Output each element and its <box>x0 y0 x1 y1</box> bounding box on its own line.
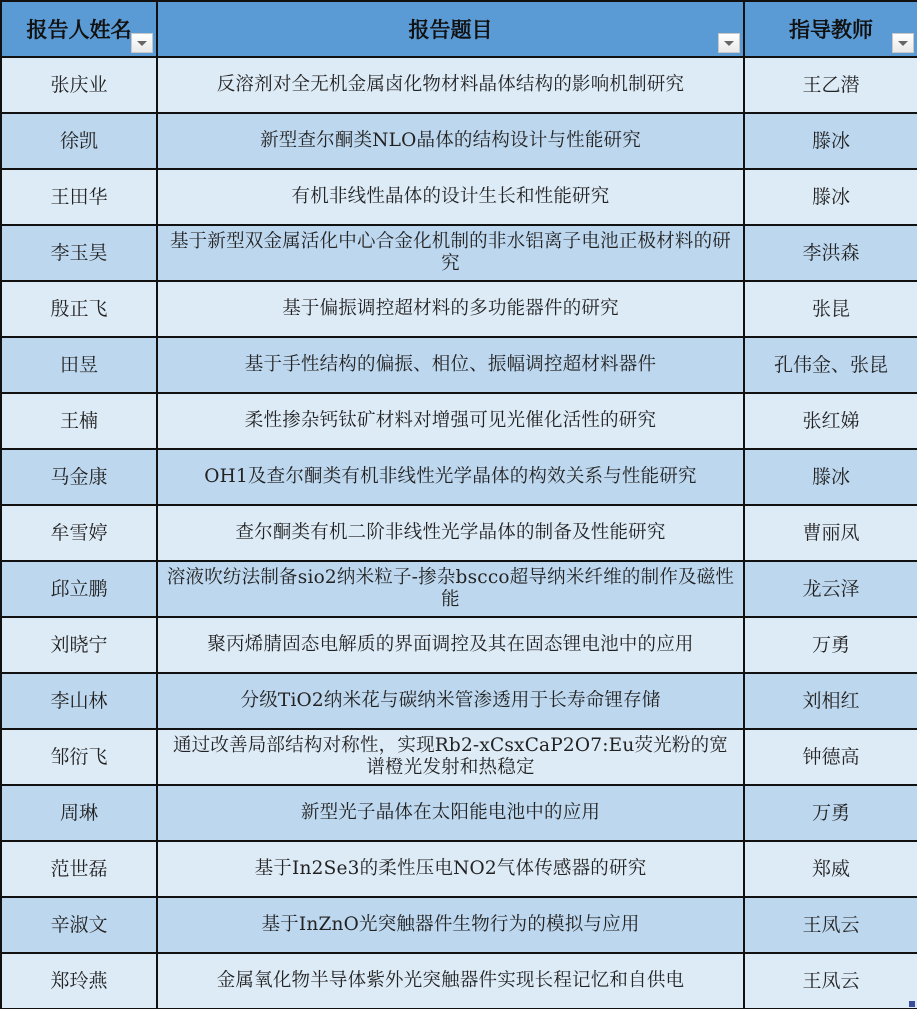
report-topic-cell[interactable]: 新型查尔酮类NLO晶体的结构设计与性能研究 <box>157 113 744 169</box>
advisor-cell[interactable]: 王乙潜 <box>744 57 917 113</box>
advisor-cell[interactable]: 龙云泽 <box>744 561 917 617</box>
reporter-name-cell[interactable]: 邱立鹏 <box>1 561 157 617</box>
chevron-down-icon <box>724 41 734 46</box>
advisor-cell[interactable]: 李洪森 <box>744 225 917 281</box>
table-row: 邱立鹏溶液吹纺法制备sio2纳米粒子-掺杂bscco超导纳米纤维的制作及磁性能龙… <box>1 561 917 617</box>
chevron-down-icon <box>898 41 908 46</box>
report-topic-cell[interactable]: OH1及查尔酮类有机非线性光学晶体的构效关系与性能研究 <box>157 449 744 505</box>
table-row: 田昱基于手性结构的偏振、相位、振幅调控超材料器件孔伟金、张昆 <box>1 337 917 393</box>
report-topic-cell[interactable]: 通过改善局部结构对称性，实现Rb2-xCsxCaP2O7:Eu荧光粉的宽谱橙光发… <box>157 729 744 785</box>
advisor-cell[interactable]: 刘相红 <box>744 673 917 729</box>
header-report-topic: 报告题目 <box>157 1 744 57</box>
filter-dropdown-button[interactable] <box>892 33 914 53</box>
table-row: 周琳新型光子晶体在太阳能电池中的应用万勇 <box>1 785 917 841</box>
header-label: 报告人姓名 <box>27 18 132 42</box>
report-topic-cell[interactable]: 分级TiO2纳米花与碳纳米管渗透用于长寿命锂存储 <box>157 673 744 729</box>
advisor-cell[interactable]: 万勇 <box>744 785 917 841</box>
resize-handle[interactable] <box>909 1001 915 1007</box>
report-topic-cell[interactable]: 柔性掺杂钙钛矿材料对增强可见光催化活性的研究 <box>157 393 744 449</box>
table-row: 殷正飞基于偏振调控超材料的多功能器件的研究张昆 <box>1 281 917 337</box>
table-row: 徐凯新型查尔酮类NLO晶体的结构设计与性能研究滕冰 <box>1 113 917 169</box>
advisor-cell[interactable]: 张红娣 <box>744 393 917 449</box>
report-topic-cell[interactable]: 溶液吹纺法制备sio2纳米粒子-掺杂bscco超导纳米纤维的制作及磁性能 <box>157 561 744 617</box>
header-label: 报告题目 <box>409 18 493 42</box>
reporter-name-cell[interactable]: 田昱 <box>1 337 157 393</box>
table-row: 邹衍飞通过改善局部结构对称性，实现Rb2-xCsxCaP2O7:Eu荧光粉的宽谱… <box>1 729 917 785</box>
filter-dropdown-button[interactable] <box>718 33 740 53</box>
reporter-name-cell[interactable]: 张庆业 <box>1 57 157 113</box>
report-schedule-table: 报告人姓名 报告题目 指导教师 张庆业反溶剂对全无机金属卤化物材料晶体结构的影响… <box>0 0 917 1009</box>
advisor-cell[interactable]: 王凤云 <box>744 953 917 1009</box>
table-row: 范世磊基于In2Se3的柔性压电NO2气体传感器的研究郑威 <box>1 841 917 897</box>
table-row: 李玉昊基于新型双金属活化中心合金化机制的非水铝离子电池正极材料的研究李洪森 <box>1 225 917 281</box>
header-reporter-name: 报告人姓名 <box>1 1 157 57</box>
report-topic-cell[interactable]: 基于In2Se3的柔性压电NO2气体传感器的研究 <box>157 841 744 897</box>
reporter-name-cell[interactable]: 邹衍飞 <box>1 729 157 785</box>
report-topic-cell[interactable]: 基于偏振调控超材料的多功能器件的研究 <box>157 281 744 337</box>
header-row: 报告人姓名 报告题目 指导教师 <box>1 1 917 57</box>
advisor-cell[interactable]: 钟德高 <box>744 729 917 785</box>
advisor-cell[interactable]: 张昆 <box>744 281 917 337</box>
report-topic-cell[interactable]: 金属氧化物半导体紫外光突触器件实现长程记忆和自供电 <box>157 953 744 1009</box>
reporter-name-cell[interactable]: 李玉昊 <box>1 225 157 281</box>
advisor-cell[interactable]: 王凤云 <box>744 897 917 953</box>
table-row: 刘晓宁聚丙烯腈固态电解质的界面调控及其在固态锂电池中的应用万勇 <box>1 617 917 673</box>
advisor-cell[interactable]: 孔伟金、张昆 <box>744 337 917 393</box>
advisor-cell[interactable]: 滕冰 <box>744 169 917 225</box>
reporter-name-cell[interactable]: 马金康 <box>1 449 157 505</box>
advisor-cell[interactable]: 曹丽凤 <box>744 505 917 561</box>
reporter-name-cell[interactable]: 王楠 <box>1 393 157 449</box>
reporter-name-cell[interactable]: 殷正飞 <box>1 281 157 337</box>
header-label: 指导教师 <box>789 18 873 42</box>
reporter-name-cell[interactable]: 周琳 <box>1 785 157 841</box>
reporter-name-cell[interactable]: 范世磊 <box>1 841 157 897</box>
advisor-cell[interactable]: 滕冰 <box>744 449 917 505</box>
chevron-down-icon <box>137 41 147 46</box>
advisor-cell[interactable]: 滕冰 <box>744 113 917 169</box>
reporter-name-cell[interactable]: 牟雪婷 <box>1 505 157 561</box>
table-row: 张庆业反溶剂对全无机金属卤化物材料晶体结构的影响机制研究王乙潜 <box>1 57 917 113</box>
filter-dropdown-button[interactable] <box>131 33 153 53</box>
reporter-name-cell[interactable]: 王田华 <box>1 169 157 225</box>
report-topic-cell[interactable]: 基于手性结构的偏振、相位、振幅调控超材料器件 <box>157 337 744 393</box>
reporter-name-cell[interactable]: 辛淑文 <box>1 897 157 953</box>
report-topic-cell[interactable]: 新型光子晶体在太阳能电池中的应用 <box>157 785 744 841</box>
report-topic-cell[interactable]: 有机非线性晶体的设计生长和性能研究 <box>157 169 744 225</box>
reporter-name-cell[interactable]: 刘晓宁 <box>1 617 157 673</box>
advisor-cell[interactable]: 郑威 <box>744 841 917 897</box>
report-topic-cell[interactable]: 基于InZnO光突触器件生物行为的模拟与应用 <box>157 897 744 953</box>
advisor-cell[interactable]: 万勇 <box>744 617 917 673</box>
table-row: 王田华有机非线性晶体的设计生长和性能研究滕冰 <box>1 169 917 225</box>
reporter-name-cell[interactable]: 郑玲燕 <box>1 953 157 1009</box>
reporter-name-cell[interactable]: 李山林 <box>1 673 157 729</box>
table-row: 辛淑文基于InZnO光突触器件生物行为的模拟与应用王凤云 <box>1 897 917 953</box>
table-row: 牟雪婷查尔酮类有机二阶非线性光学晶体的制备及性能研究曹丽凤 <box>1 505 917 561</box>
report-topic-cell[interactable]: 基于新型双金属活化中心合金化机制的非水铝离子电池正极材料的研究 <box>157 225 744 281</box>
reporter-name-cell[interactable]: 徐凯 <box>1 113 157 169</box>
table-row: 李山林分级TiO2纳米花与碳纳米管渗透用于长寿命锂存储刘相红 <box>1 673 917 729</box>
spreadsheet-view: 报告人姓名 报告题目 指导教师 张庆业反溶剂对全无机金属卤化物材料晶体结构的影响… <box>0 0 917 1009</box>
table-row: 郑玲燕金属氧化物半导体紫外光突触器件实现长程记忆和自供电王凤云 <box>1 953 917 1009</box>
report-topic-cell[interactable]: 聚丙烯腈固态电解质的界面调控及其在固态锂电池中的应用 <box>157 617 744 673</box>
report-topic-cell[interactable]: 反溶剂对全无机金属卤化物材料晶体结构的影响机制研究 <box>157 57 744 113</box>
table-row: 马金康OH1及查尔酮类有机非线性光学晶体的构效关系与性能研究滕冰 <box>1 449 917 505</box>
table-row: 王楠柔性掺杂钙钛矿材料对增强可见光催化活性的研究张红娣 <box>1 393 917 449</box>
header-advisor: 指导教师 <box>744 1 917 57</box>
report-topic-cell[interactable]: 查尔酮类有机二阶非线性光学晶体的制备及性能研究 <box>157 505 744 561</box>
